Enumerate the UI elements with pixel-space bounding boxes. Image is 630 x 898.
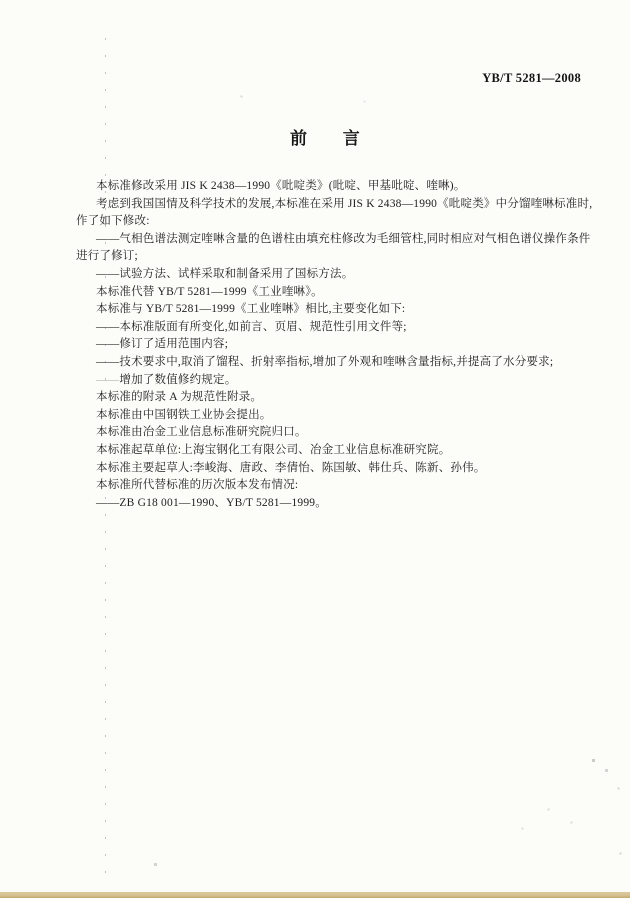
body-line: 本标准所代替标准的历次版本发布情况: bbox=[76, 477, 606, 495]
body-line: 考虑到我国国情及科学技术的发展,本标准在采用 JIS K 2438—1990《吡… bbox=[76, 196, 606, 214]
body-line-text: 增加了数值修约规定。 bbox=[119, 374, 236, 386]
foreword-body: 本标准修改采用 JIS K 2438—1990《吡啶类》(吡啶、甲基吡啶、喹啉)… bbox=[76, 178, 606, 512]
body-line-text: ——ZB G18 001—1990、YB/T 5281—1999。 bbox=[96, 497, 327, 509]
body-line: 本标准代替 YB/T 5281—1999《工业喹啉》。 bbox=[76, 284, 606, 302]
body-line-text: ——技术要求中,取消了馏程、折射率指标,增加了外观和喹啉含量指标,并提高了水分要… bbox=[96, 356, 553, 368]
body-line-text: 本标准的附录 A 为规范性附录。 bbox=[96, 391, 262, 403]
body-line-text: 本标准主要起草人:李峻海、唐政、李倩怡、陈国敏、韩仕兵、陈新、孙伟。 bbox=[96, 462, 486, 474]
body-line: ——修订了适用范围内容; bbox=[76, 336, 606, 354]
body-line-text: 本标准所代替标准的历次版本发布情况: bbox=[96, 479, 298, 491]
body-line-text: ——修订了适用范围内容; bbox=[96, 338, 228, 350]
body-line: 进行了修订; bbox=[76, 248, 606, 266]
body-line-text: 本标准由冶金工业信息标准研究院归口。 bbox=[96, 426, 307, 438]
body-line-text: ——本标准版面有所变化,如前言、页眉、规范性引用文件等; bbox=[96, 321, 407, 333]
body-line-text: 本标准由中国钢铁工业协会提出。 bbox=[96, 409, 272, 421]
page-bottom-edge bbox=[0, 892, 630, 898]
page-title: 前言 bbox=[290, 124, 395, 149]
body-line: 本标准的附录 A 为规范性附录。 bbox=[76, 389, 606, 407]
body-line-text: ——气相色谱法测定喹啉含量的色谱柱由填充柱修改为毛细管柱,同时相应对气相色谱仪操… bbox=[96, 233, 590, 245]
scan-speck-layer bbox=[0, 0, 1, 1]
body-line: ——ZB G18 001—1990、YB/T 5281—1999。 bbox=[76, 495, 606, 513]
body-line: 作了如下修改: bbox=[76, 213, 606, 231]
body-line: 本标准修改采用 JIS K 2438—1990《吡啶类》(吡啶、甲基吡啶、喹啉)… bbox=[76, 178, 606, 196]
body-line: 本标准起草单位:上海宝钢化工有限公司、冶金工业信息标准研究院。 bbox=[76, 442, 606, 460]
body-line-text: 作了如下修改: bbox=[76, 215, 150, 227]
body-line-text: ——试验方法、试样采取和制备采用了国标方法。 bbox=[96, 268, 353, 280]
body-line-text: 进行了修订; bbox=[76, 250, 138, 262]
body-line: 本标准主要起草人:李峻海、唐政、李倩怡、陈国敏、韩仕兵、陈新、孙伟。 bbox=[76, 460, 606, 478]
body-line: ——试验方法、试样采取和制备采用了国标方法。 bbox=[76, 266, 606, 284]
body-line: 本标准由冶金工业信息标准研究院归口。 bbox=[76, 424, 606, 442]
body-line-text: 本标准与 YB/T 5281—1999《工业喹啉》相比,主要变化如下: bbox=[96, 303, 405, 315]
standard-code: YB/T 5281—2008 bbox=[482, 71, 581, 86]
document-page: YB/T 5281—2008 前言 本标准修改采用 JIS K 2438—199… bbox=[0, 0, 630, 898]
body-line-text: 考虑到我国国情及科学技术的发展,本标准在采用 JIS K 2438—1990《吡… bbox=[96, 198, 592, 210]
body-line-text: 本标准起草单位:上海宝钢化工有限公司、冶金工业信息标准研究院。 bbox=[96, 444, 450, 456]
body-line-text: 本标准修改采用 JIS K 2438—1990《吡啶类》(吡啶、甲基吡啶、喹啉)… bbox=[96, 180, 466, 192]
body-line: ——技术要求中,取消了馏程、折射率指标,增加了外观和喹啉含量指标,并提高了水分要… bbox=[76, 354, 606, 372]
body-line: ——本标准版面有所变化,如前言、页眉、规范性引用文件等; bbox=[76, 319, 606, 337]
faint-dash-prefix: —— bbox=[96, 374, 119, 386]
body-line: ——气相色谱法测定喹啉含量的色谱柱由填充柱修改为毛细管柱,同时相应对气相色谱仪操… bbox=[76, 231, 606, 249]
body-line: 本标准由中国钢铁工业协会提出。 bbox=[76, 407, 606, 425]
body-line: ——增加了数值修约规定。 bbox=[76, 372, 606, 390]
body-line: 本标准与 YB/T 5281—1999《工业喹啉》相比,主要变化如下: bbox=[76, 301, 606, 319]
body-line-text: 本标准代替 YB/T 5281—1999《工业喹啉》。 bbox=[96, 286, 323, 298]
fold-crease-line bbox=[105, 38, 106, 888]
